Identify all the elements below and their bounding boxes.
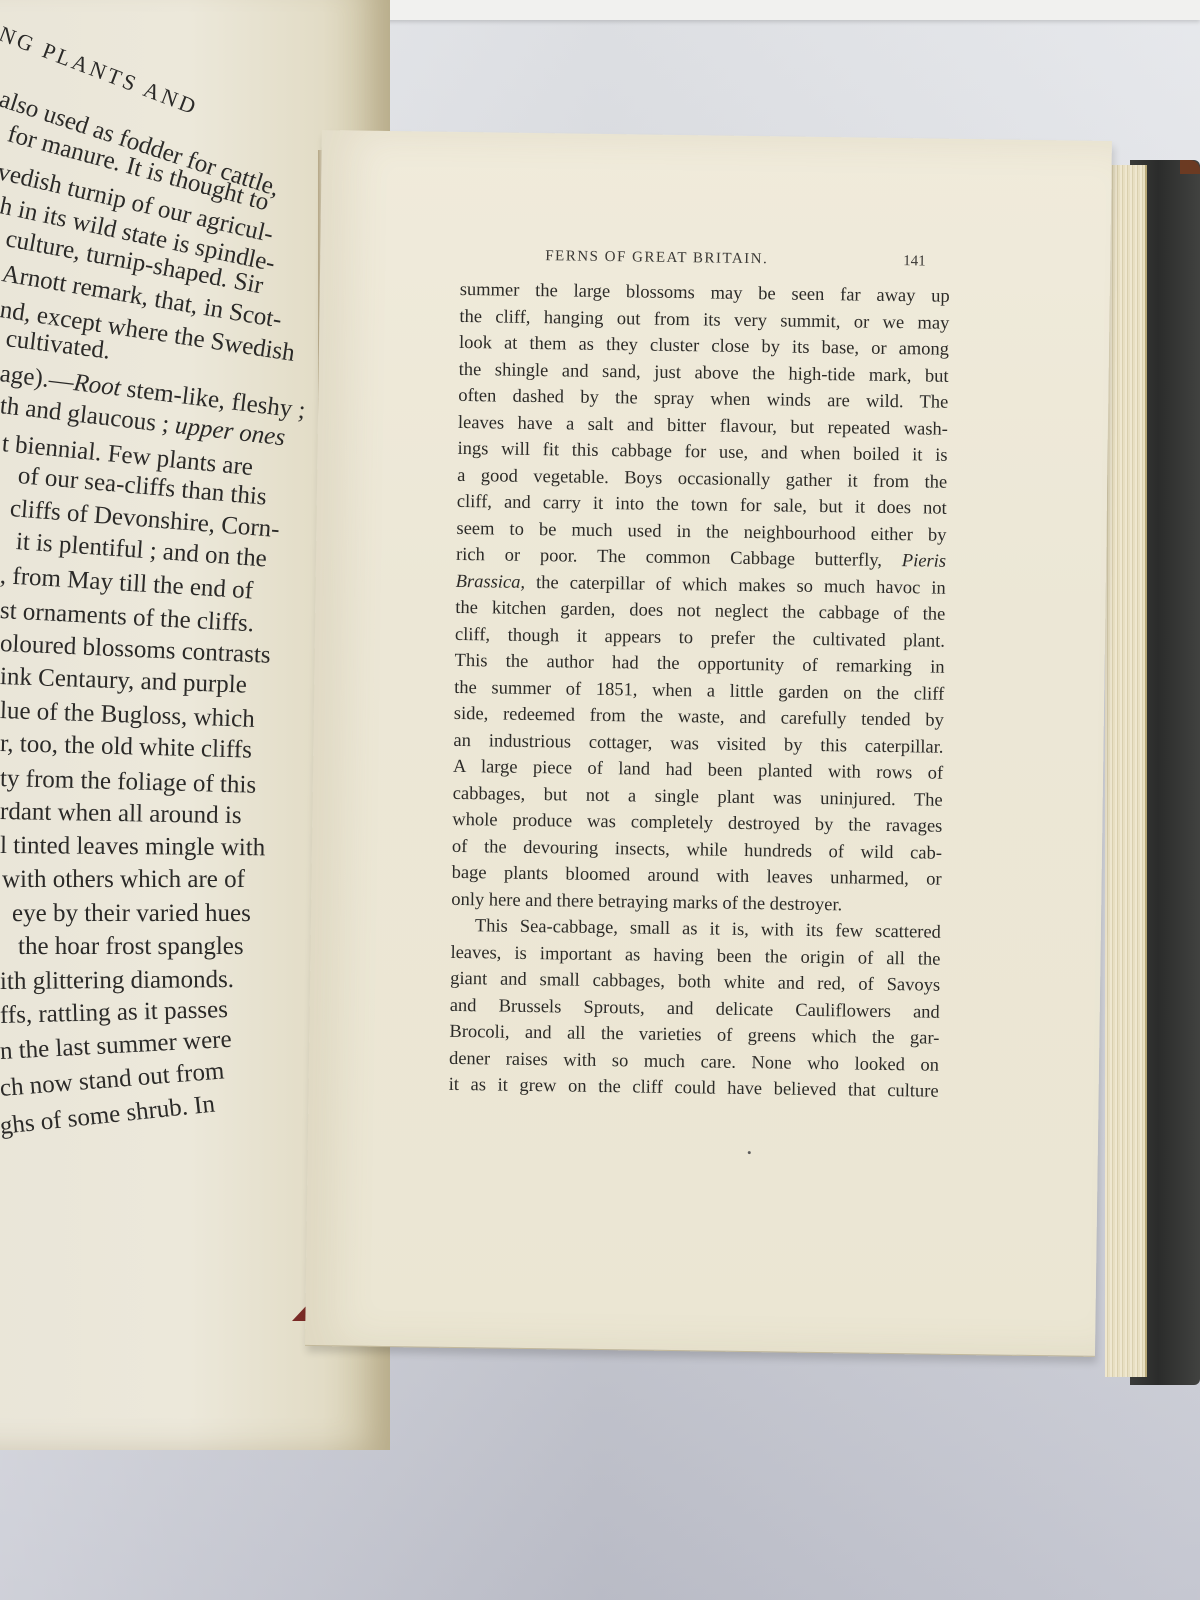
page-number: 141 (903, 253, 926, 270)
left-line: r, too, the old white cliffs (0, 730, 252, 765)
left-line: with others which are of (2, 866, 245, 894)
left-line: ty from the foliage of this (0, 765, 256, 800)
left-line: l tinted leaves mingle with (0, 832, 265, 862)
italic-brassica: Brassica, (456, 571, 526, 592)
cover-corner-wear (1180, 160, 1200, 174)
right-page: FERNS OF GREAT BRITAIN. 141 summer the l… (305, 130, 1112, 1357)
left-text-fragment: age).— (0, 360, 75, 396)
text-fragment: the caterpillar of which makes so much h… (525, 572, 946, 598)
left-line: ink Centaury, and purple (0, 663, 247, 700)
body-text: summer the large blossoms may be seen fa… (448, 277, 949, 1105)
left-line: rdant when all around is (0, 798, 242, 830)
left-line: eye by their varied hues (12, 900, 251, 928)
running-head: FERNS OF GREAT BRITAIN. (545, 248, 768, 268)
text-line: it as it grew on the cliff could have be… (448, 1072, 938, 1105)
text-fragment: rich or poor. The common Cabbage butterf… (456, 545, 902, 571)
page-edges (1105, 165, 1147, 1377)
left-line: ffs, rattling as it passes (0, 996, 228, 1030)
left-line: the hoar frost spangles (18, 933, 244, 961)
left-line: ith glittering diamonds. (0, 966, 234, 996)
paper-speck (748, 1151, 751, 1154)
italic-pieris: Pieris (902, 551, 946, 572)
italic-root: Root (72, 369, 122, 402)
left-line: lue of the Bugloss, which (0, 697, 255, 734)
